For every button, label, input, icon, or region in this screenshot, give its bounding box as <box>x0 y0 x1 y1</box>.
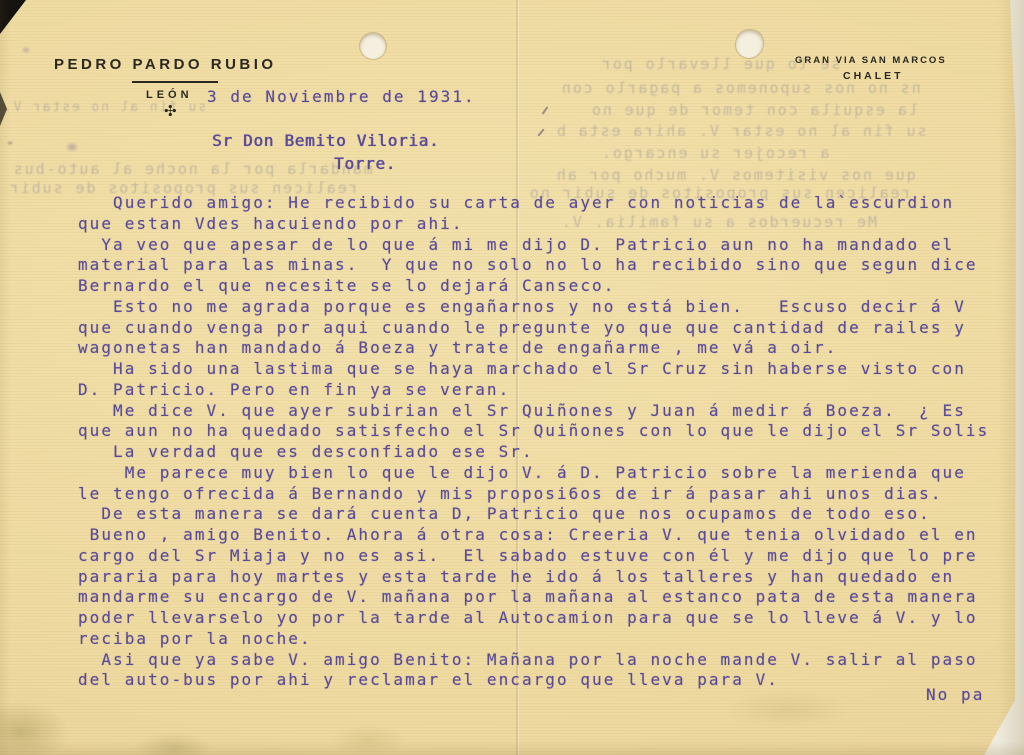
letterhead-building: CHALET <box>843 70 904 82</box>
bleedthrough-text: mandarla por la noche al auto-bus <box>12 160 373 178</box>
body-line: Ha sido una lastima que se haya marchado… <box>78 359 989 380</box>
page-break-catchword: No pa <box>926 685 984 704</box>
body-line: Ya veo que apesar de lo que á mi me dijo… <box>78 235 989 256</box>
body-line: Bernardo el que necesite se lo dejará Ca… <box>78 276 989 297</box>
body-line: le tengo ofrecida á Bernando y mis propo… <box>78 484 989 505</box>
punch-hole-left <box>360 33 386 59</box>
letterhead-city: LEÓN <box>146 89 193 101</box>
body-line: que cuando venga por aqui cuando le preg… <box>78 318 989 339</box>
body-line: Querido amigo: He recibido su carta de a… <box>78 193 989 214</box>
body-line: wagonetas han mandado á Boeza y trate de… <box>78 338 989 359</box>
body-line: Me parece muy bien lo que le dijo V. á D… <box>78 463 989 484</box>
body-line: que aun no ha quedado satisfecho el Sr Q… <box>78 421 989 442</box>
date-line: 3 de Noviembre de 1931. <box>207 87 476 106</box>
body-line: pararia para hoy martes y esta tarde he … <box>78 567 989 588</box>
body-line: que estan Vdes hacuiendo por ahi. <box>78 214 989 235</box>
body-line: mandarme su encargo de V. mañana por la … <box>78 587 989 608</box>
body-line: La verdad que es desconfiado ese Sr. <box>78 442 989 463</box>
letter-body: Querido amigo: He recibido su carta de a… <box>78 193 989 691</box>
body-line: Bueno , amigo Benito. Ahora á otra cosa:… <box>78 525 989 546</box>
body-line: Asi que ya sabe V. amigo Benito: Mañana … <box>78 650 989 671</box>
body-line: poder llevarselo yo por la tarde al Auto… <box>78 608 989 629</box>
recipient-name: Sr Don Bemito Viloria. <box>212 131 439 150</box>
body-line: Esto no me agrada porque es engañarnos y… <box>78 297 989 318</box>
letterhead-underline <box>132 81 218 83</box>
letterhead-name: PEDRO PARDO RUBIO <box>54 56 277 73</box>
letterhead-street: GRAN VIA SAN MARCOS <box>795 55 947 66</box>
body-line: D. Patricio. Pero en fin ya se veran. <box>78 380 989 401</box>
bleedthrough-text: que nos visitemos V. mucho por ah <box>555 166 916 184</box>
bleedthrough-text: la esquila con temor de que no <box>590 101 918 119</box>
bleedthrough-text: a recojer su encargo. <box>600 144 830 162</box>
cross-ornament-icon: ✣ <box>164 102 177 120</box>
recipient-town: Torre. <box>334 154 396 173</box>
body-line: reciba por la noche. <box>78 629 989 650</box>
body-line: cargo del Sr Miaja y no es asi. El sabad… <box>78 546 989 567</box>
body-line: Me dice V. que ayer subirian el Sr Quiño… <box>78 401 989 422</box>
body-line: del auto-bus por ahi y reclamar el encar… <box>78 670 989 691</box>
bleedthrough-text: su fin al no estar V. ahira esta b <box>555 122 927 140</box>
body-line: De esta manera se dará cuenta D, Patrici… <box>78 504 989 525</box>
body-line: material para las minas. Y que no solo n… <box>78 255 989 276</box>
